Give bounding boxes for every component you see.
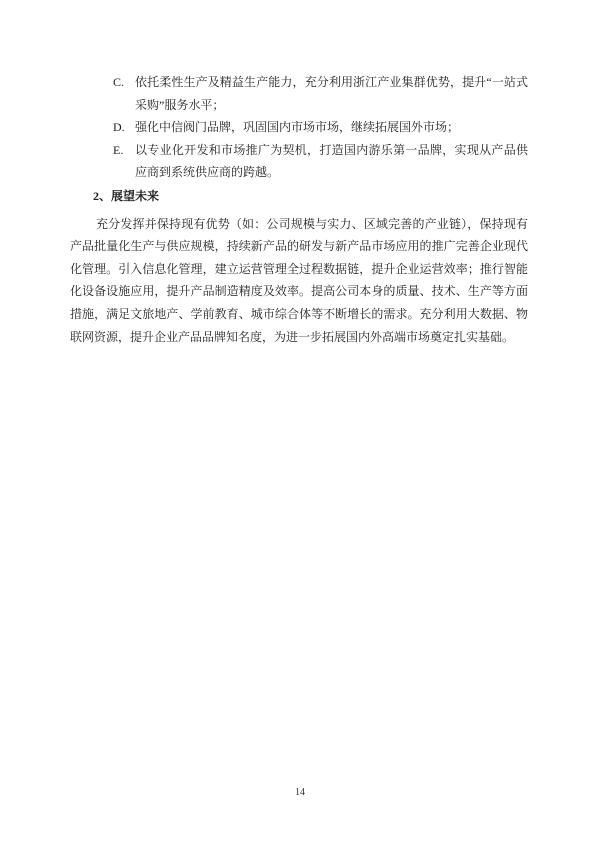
list-item-e: E. 以专业化开发和市场推广为契机，打造国内游乐第一品牌，实现从产品供应商到系统… (113, 139, 528, 184)
body-paragraph: 充分发挥并保持现有优势（如：公司规模与实力、区域完善的产业链），保持现有产品批量… (70, 213, 528, 349)
lettered-list: C. 依托柔性生产及精益生产能力，充分利用浙江产业集群优势，提升“一站式采购”服… (113, 71, 528, 184)
section-heading: 2、展望未来 (93, 185, 528, 208)
document-page: C. 依托柔性生产及精益生产能力，充分利用浙江产业集群优势，提升“一站式采购”服… (0, 0, 600, 848)
page-number: 14 (0, 787, 600, 798)
list-marker: C. (113, 71, 124, 94)
list-item-text: 以专业化开发和市场推广为契机，打造国内游乐第一品牌，实现从产品供应商到系统供应商… (135, 143, 528, 180)
list-marker: E. (113, 139, 123, 162)
page-content: C. 依托柔性生产及精益生产能力，充分利用浙江产业集群优势，提升“一站式采购”服… (70, 71, 528, 348)
list-item-c: C. 依托柔性生产及精益生产能力，充分利用浙江产业集群优势，提升“一站式采购”服… (113, 71, 528, 116)
list-marker: D. (113, 116, 125, 139)
list-item-text: 依托柔性生产及精益生产能力，充分利用浙江产业集群优势，提升“一站式采购”服务水平… (135, 75, 528, 112)
list-item-text: 强化中信阀门品牌，巩固国内市场市场，继续拓展国外市场； (135, 120, 459, 134)
list-item-d: D. 强化中信阀门品牌，巩固国内市场市场，继续拓展国外市场； (113, 116, 528, 139)
